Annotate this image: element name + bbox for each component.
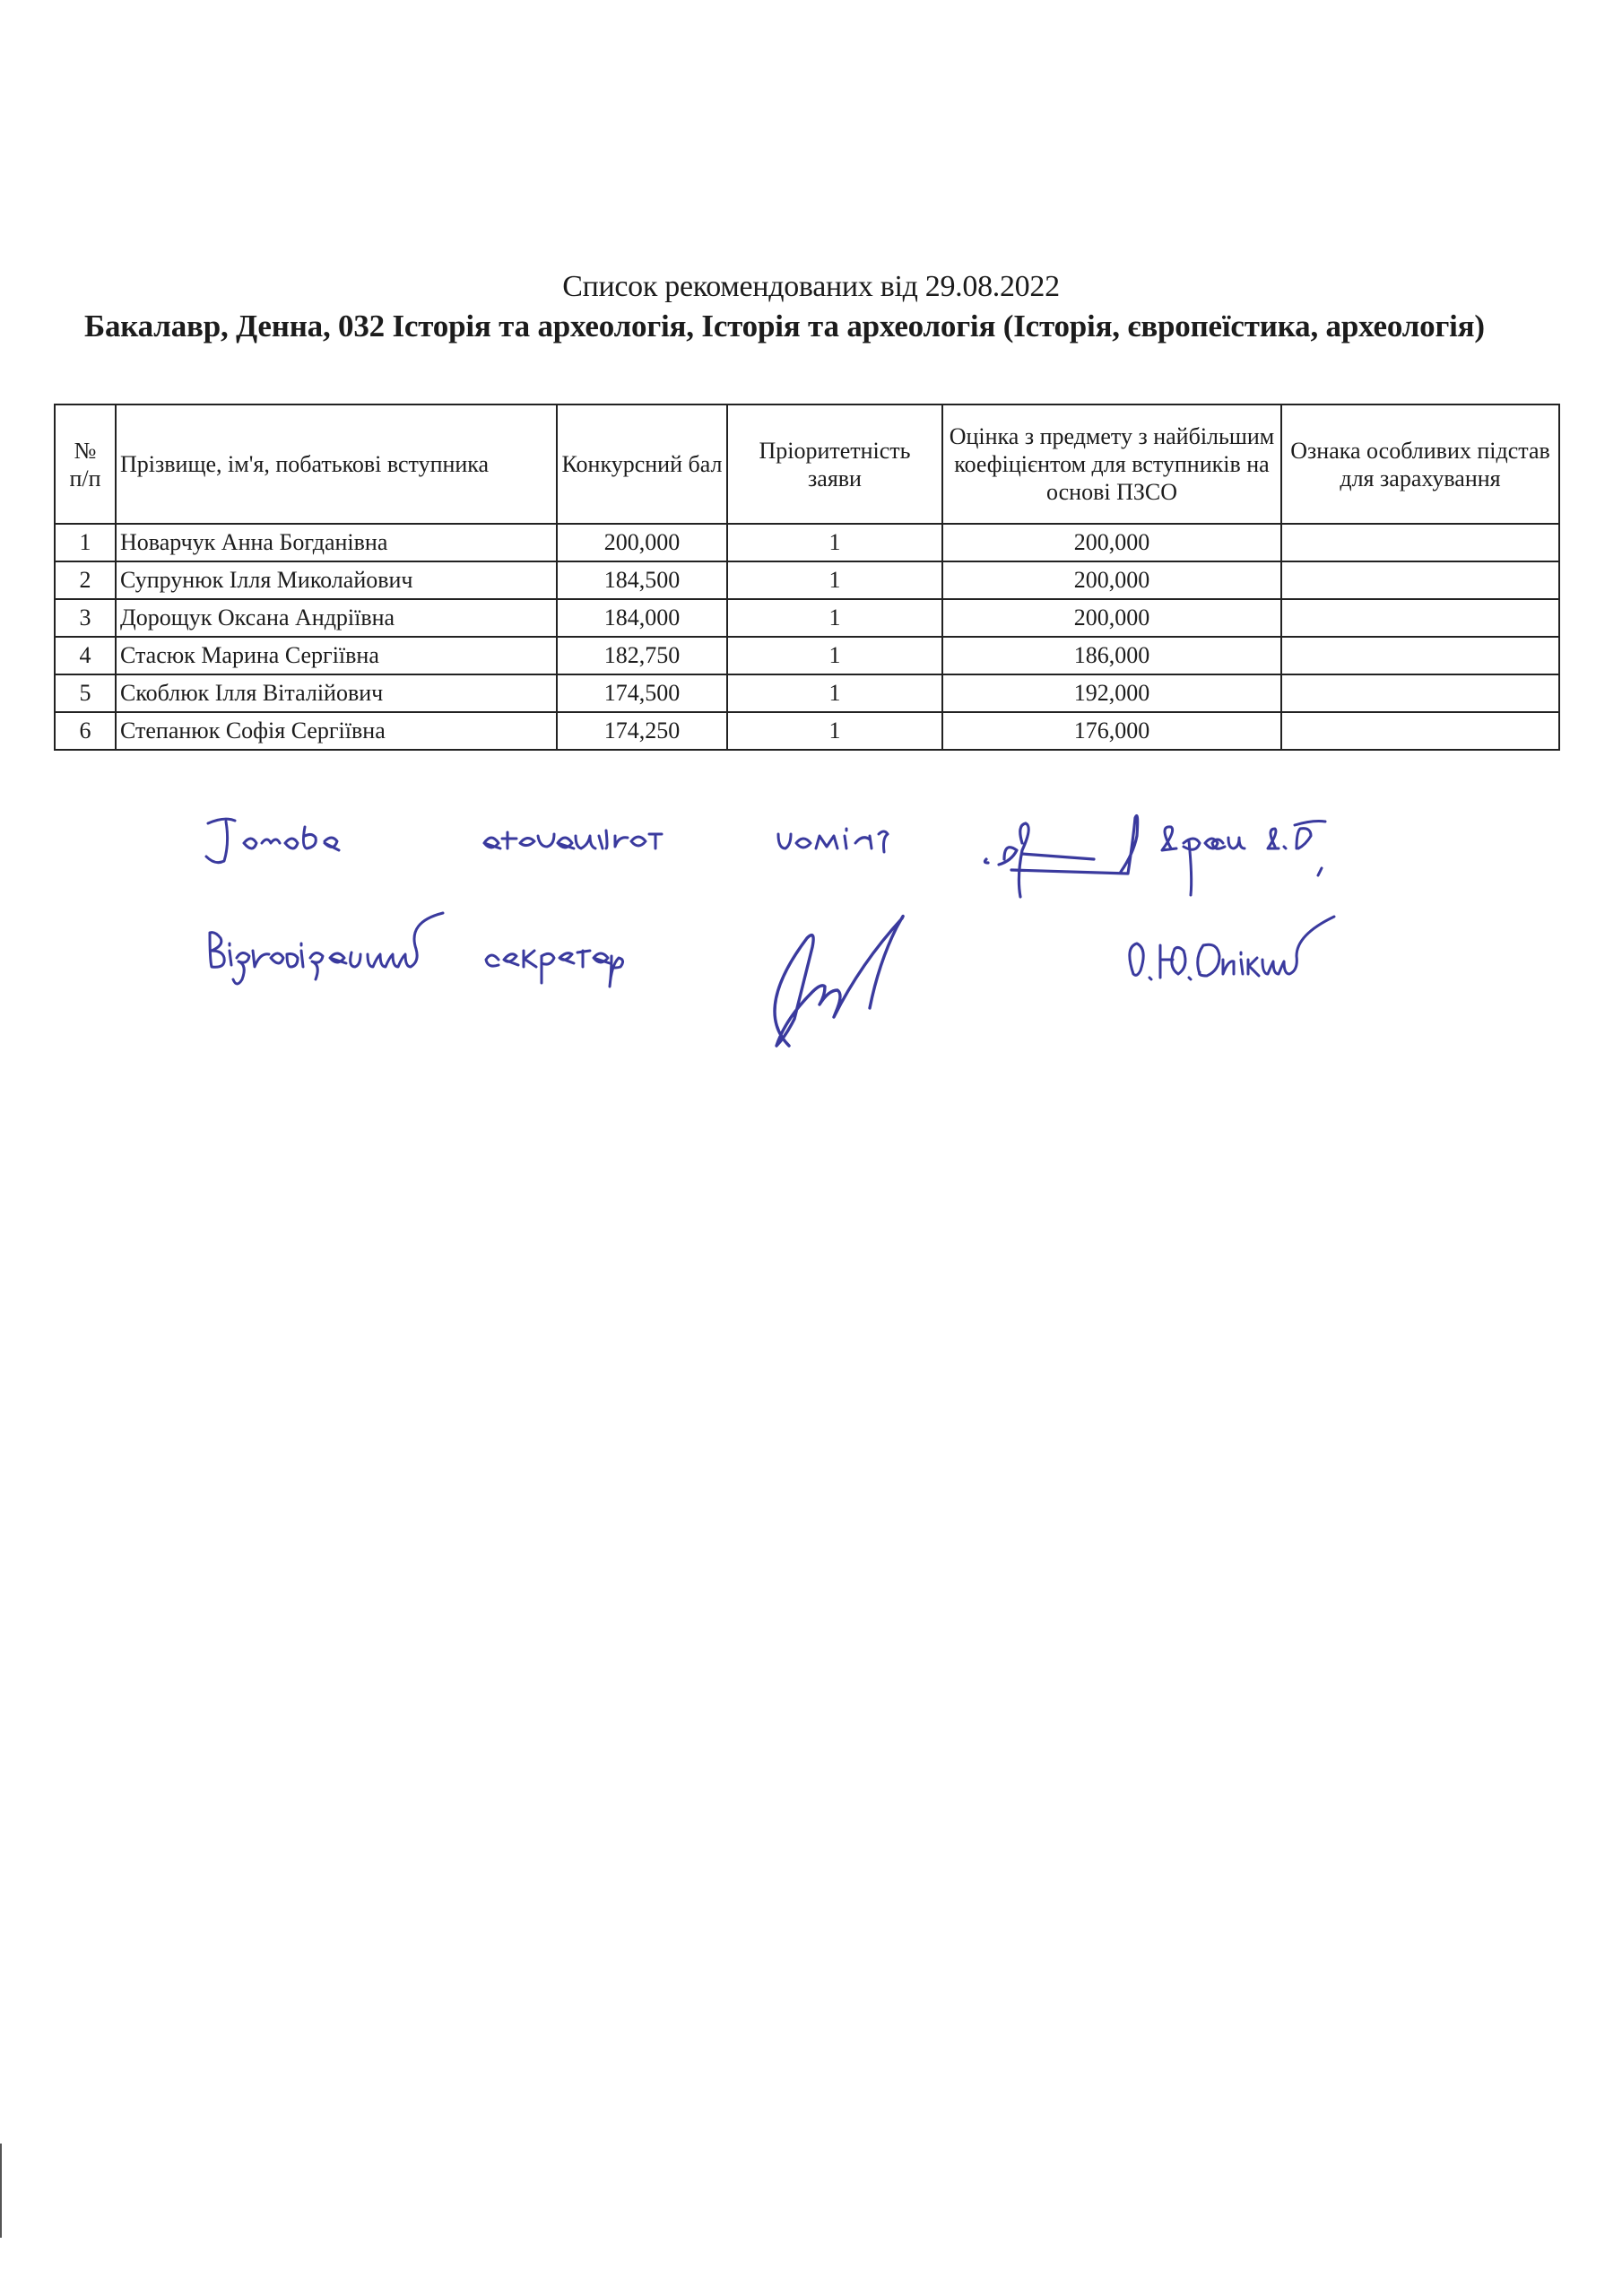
cell-name: Степанюк Софія Сергіївна (116, 712, 557, 750)
cell-priority: 1 (727, 712, 942, 750)
document-subtitle: Бакалавр, Денна, 032 Історія та археолог… (52, 307, 1531, 346)
cell-subject-score: 192,000 (942, 674, 1281, 712)
table-row: 5Скоблюк Ілля Віталійович174,5001192,000 (55, 674, 1559, 712)
cell-num: 3 (55, 599, 116, 637)
header-num: №п/п (55, 404, 116, 524)
secretary-signature (775, 917, 903, 1046)
document-title: Список рекомендованих від 29.08.2022 (0, 269, 1622, 305)
header-name: Прізвище, ім'я, побатькові вступника (116, 404, 557, 524)
cell-score: 184,500 (557, 561, 727, 599)
cell-priority: 1 (727, 637, 942, 674)
cell-priority: 1 (727, 674, 942, 712)
cell-num: 6 (55, 712, 116, 750)
cell-priority: 1 (727, 524, 942, 561)
chair-signature (984, 816, 1137, 898)
table-row: 3Дорощук Оксана Андріївна184,0001200,000 (55, 599, 1559, 637)
header-priority: Пріоритетність заяви (727, 404, 942, 524)
cell-special-grounds (1281, 712, 1559, 750)
cell-name: Скоблюк Ілля Віталійович (116, 674, 557, 712)
table-row: 6Степанюк Софія Сергіївна174,2501176,000 (55, 712, 1559, 750)
cell-score: 200,000 (557, 524, 727, 561)
cell-subject-score: 200,000 (942, 524, 1281, 561)
table-row: 1Новарчук Анна Богданівна200,0001200,000 (55, 524, 1559, 561)
cell-subject-score: 186,000 (942, 637, 1281, 674)
table-header-row: №п/п Прізвище, ім'я, побатькові вступник… (55, 404, 1559, 524)
header-special-grounds: Ознака особливих підстав для зарахування (1281, 404, 1559, 524)
cell-num: 1 (55, 524, 116, 561)
cell-special-grounds (1281, 637, 1559, 674)
cell-special-grounds (1281, 599, 1559, 637)
cell-num: 5 (55, 674, 116, 712)
cell-name: Супрунюк Ілля Миколайович (116, 561, 557, 599)
cell-name: Дорощук Оксана Андріївна (116, 599, 557, 637)
secretary-name-handwriting (1130, 917, 1334, 979)
cell-priority: 1 (727, 561, 942, 599)
chair-label-handwriting (206, 819, 888, 863)
cell-num: 4 (55, 637, 116, 674)
cell-special-grounds (1281, 674, 1559, 712)
cell-score: 182,750 (557, 637, 727, 674)
secretary-label-handwriting (210, 913, 623, 987)
header-score: Конкурсний бал (557, 404, 727, 524)
recommended-list-table: №п/п Прізвище, ім'я, побатькові вступник… (54, 404, 1560, 751)
cell-name: Новарчук Анна Богданівна (116, 524, 557, 561)
scan-edge-mark (0, 2144, 2, 2238)
cell-subject-score: 200,000 (942, 561, 1281, 599)
cell-num: 2 (55, 561, 116, 599)
cell-special-grounds (1281, 561, 1559, 599)
cell-priority: 1 (727, 599, 942, 637)
cell-subject-score: 176,000 (942, 712, 1281, 750)
header-subject-score: Оцінка з предмету з найбільшим коефіцієн… (942, 404, 1281, 524)
cell-name: Стасюк Марина Сергіївна (116, 637, 557, 674)
cell-score: 174,250 (557, 712, 727, 750)
table-row: 2Супрунюк Ілля Миколайович184,5001200,00… (55, 561, 1559, 599)
cell-score: 184,000 (557, 599, 727, 637)
cell-special-grounds (1281, 524, 1559, 561)
table-row: 4Стасюк Марина Сергіївна182,7501186,000 (55, 637, 1559, 674)
chair-name-handwriting (1162, 822, 1325, 896)
cell-score: 174,500 (557, 674, 727, 712)
cell-subject-score: 200,000 (942, 599, 1281, 637)
